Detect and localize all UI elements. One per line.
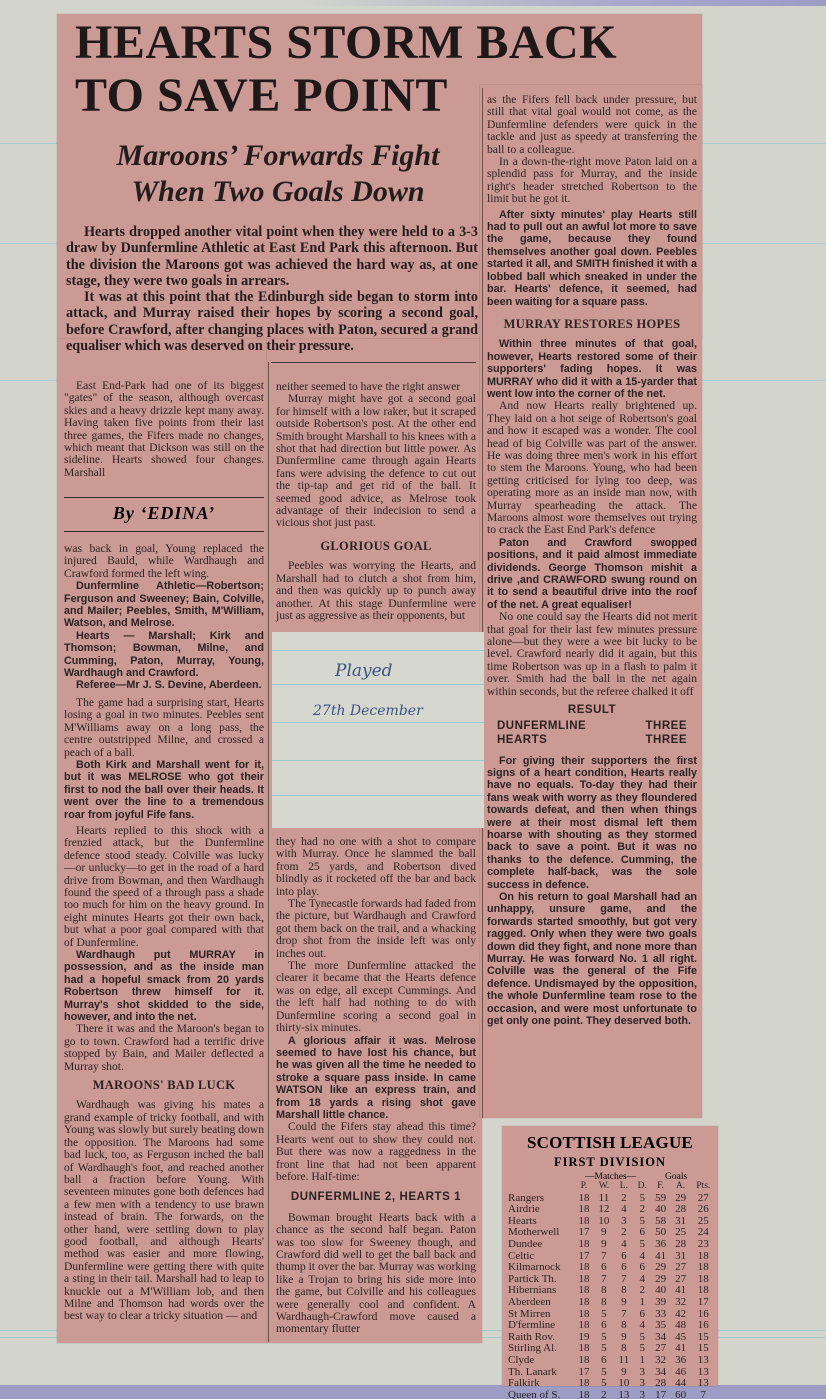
paragraph: Wardhaugh put MURRAY in possession, and … [64,949,264,1023]
ruled-line [272,650,484,651]
stat-cell: 48 [671,1320,691,1332]
stat-cell: 5 [594,1378,614,1390]
paragraph: Murray might have got a second goal for … [276,393,476,529]
paragraph: A glorious affair it was. Melrose seemed… [276,1035,476,1122]
paragraph: Paton and Crawford swopped positions, an… [487,537,697,611]
result-team: HEARTS [497,733,547,747]
column-1-top: East End-Park had one of its biggest "ga… [64,380,264,479]
intro-paragraph: It was at this point that the Edinburgh … [66,289,478,354]
ruled-line [272,795,484,796]
stat-cell: 6 [594,1320,614,1332]
league-column-header: W. [594,1181,614,1193]
stat-cell: 8 [614,1320,634,1332]
league-table-row: Aberdeen18891393217 [508,1297,716,1309]
stat-cell: 44 [671,1378,691,1390]
byline: By ‘EDINA’ [64,503,264,524]
result-score: THREE [646,719,687,733]
paragraph: Wardhaugh was giving his mates a grand e… [64,1099,264,1322]
subheadline: Maroons’ Forwards Fight When Two Goals D… [78,138,478,210]
paragraph: Peebles was worrying the Hearts, and Mar… [276,560,476,622]
league-table-row: Dundee18945362823 [508,1239,716,1251]
stat-cell: 18 [574,1320,594,1332]
stat-cell: 18 [574,1239,594,1251]
stat-cell: 1 [634,1355,651,1367]
league-table-row: D'fermline18684354816 [508,1320,716,1332]
handwritten-date: 27th December [313,703,423,719]
stat-cell: 18 [574,1390,594,1399]
team-name: Dundee [508,1239,574,1251]
stat-cell: 4 [614,1239,634,1251]
intro-paragraph: Hearts dropped another vital point when … [66,224,478,289]
stat-cell: 18 [574,1297,594,1309]
ruled-line [272,684,484,685]
headline-line-2: TO SAVE POINT [75,69,448,122]
headline-line-1: HEARTS STORM BACK [75,16,617,69]
league-table-row: Queen of S.18213317607 [508,1390,716,1399]
column-divider [482,88,483,1118]
stat-cell: 7 [691,1390,716,1399]
column-divider [268,362,269,1342]
stat-cell: 28 [671,1239,691,1251]
intro-paragraphs: Hearts dropped another vital point when … [66,224,478,354]
stat-cell: 1 [634,1297,651,1309]
paragraph: Hearts replied to this shock with a fren… [64,825,264,949]
stat-cell: 6 [634,1262,651,1274]
stat-cell: 3 [634,1378,651,1390]
team-name: Kilmarnock [508,1262,574,1274]
subheadline-line-2: When Two Goals Down [131,175,424,208]
paragraph: was back in goal, Young replaced the inj… [64,543,264,580]
stat-cell: 4 [634,1320,651,1332]
league-title: SCOTTISH LEAGUE [502,1133,718,1153]
stat-cell: 3 [634,1390,651,1399]
stat-cell: 9 [594,1239,614,1251]
halftime-score: DUNFERMLINE 2, HEARTS 1 [276,1191,476,1203]
league-table: P.W.L.D.F.A.Pts. Rangers181125592927Aird… [508,1181,716,1399]
team-lineup-dunfermline: Dunfermline Athletic—Robertson; Ferguson… [64,580,264,630]
result-score: THREE [646,733,687,747]
paragraph: Both Kirk and Marshall went for it, but … [64,759,264,821]
paragraph: In a down-the-right move Paton laid on a… [487,156,697,206]
stat-cell: 27 [671,1262,691,1274]
stat-cell: 5 [634,1239,651,1251]
team-name: Falkirk [508,1378,574,1390]
paragraph: There it was and the Maroon's began to g… [64,1023,264,1073]
column-1-body: was back in goal, Young replaced the inj… [64,543,264,1323]
stat-cell: 28 [651,1378,671,1390]
stat-cell: 6 [614,1262,634,1274]
stat-cell: 29 [651,1262,671,1274]
league-subtitle: FIRST DIVISION [502,1155,718,1170]
league-column-header: A. [671,1181,691,1193]
divider [64,531,264,532]
paragraph: On his return to goal Marshall had an un… [487,891,697,1027]
paragraph: The Tynecastle forwards had faded from t… [276,898,476,960]
subheadline-line-1: Maroons’ Forwards Fight [117,139,440,172]
byline-box: By ‘EDINA’ [64,495,264,541]
paragraph: Could the Fifers stay ahead this time? H… [276,1121,476,1183]
stat-cell: 23 [691,1239,716,1251]
paragraph: For giving their supporters the first si… [487,755,697,891]
stat-cell: 35 [651,1320,671,1332]
handwritten-played: Played [335,661,393,681]
team-name: Queen of S. [508,1390,574,1399]
league-table-row: Clyde186111323613 [508,1355,716,1367]
result-row: DUNFERMLINE THREE [487,719,697,733]
section-heading: MURRAY RESTORES HOPES [487,318,697,330]
team-lineup-hearts: Hearts — Marshall; Kirk and Thomson; Bow… [64,630,264,680]
stat-cell: 8 [594,1297,614,1309]
stat-cell: 18 [574,1262,594,1274]
paragraph: East End-Park had one of its biggest "ga… [64,380,264,479]
result-team: DUNFERMLINE [497,719,586,733]
stat-cell: 2 [594,1390,614,1399]
paragraph: they had no one with a shot to compare w… [276,836,476,898]
stat-cell: 13 [691,1355,716,1367]
stat-cell: 6 [594,1262,614,1274]
ruled-line [272,760,484,761]
divider [271,362,476,363]
stat-cell: 18 [574,1355,594,1367]
stat-cell: 10 [614,1378,634,1390]
paragraph: After sixty minutes' play Hearts still h… [487,209,697,308]
paragraph: The more Dunfermline attacked the cleare… [276,960,476,1034]
stat-cell: 11 [614,1355,634,1367]
stat-cell: 60 [671,1390,691,1399]
paragraph: And now Hearts really brightened up. The… [487,400,697,536]
stat-cell: 18 [691,1262,716,1274]
league-column-header: D. [634,1181,651,1193]
team-name: D'fermline [508,1320,574,1332]
stat-cell: 17 [651,1390,671,1399]
referee: Referee—Mr J. S. Devine, Aberdeen. [64,679,264,691]
stat-cell: 18 [574,1378,594,1390]
league-table-header: P.W.L.D.F.A.Pts. [508,1181,716,1193]
section-heading: GLORIOUS GOAL [276,540,476,552]
divider [64,497,264,498]
league-column-header [508,1181,574,1193]
stat-cell: 13 [691,1378,716,1390]
column-2-bottom: they had no one with a shot to compare w… [276,836,476,1336]
stat-cell: 13 [614,1390,634,1399]
stat-cell: 17 [691,1297,716,1309]
league-table-body: Rangers181125592927Airdrie181242402826He… [508,1193,716,1399]
paragraph: Bowman brought Hearts back with a chance… [276,1212,476,1336]
section-heading: MAROONS' BAD LUCK [64,1079,264,1091]
team-name: Aberdeen [508,1297,574,1309]
paragraph: No one could say the Hearts did not meri… [487,611,697,698]
column-2-top: neither seemed to have the right answer … [276,381,476,622]
result-title: RESULT [487,704,697,716]
stat-cell: 32 [651,1355,671,1367]
column-3: as the Fifers fell back under pressure, … [487,94,697,1027]
league-column-header: P. [574,1181,594,1193]
page-edge-top [300,0,826,6]
stat-cell: 9 [614,1297,634,1309]
stat-cell: 36 [651,1239,671,1251]
ruled-line [272,722,484,723]
league-column-header: L. [614,1181,634,1193]
league-table-row: Kilmarnock18666292718 [508,1262,716,1274]
stat-cell: 16 [691,1320,716,1332]
league-column-header: F. [651,1181,671,1193]
stat-cell: 6 [594,1355,614,1367]
paragraph: The game had a surprising start, Hearts … [64,697,264,759]
stat-cell: 39 [651,1297,671,1309]
paragraph: Within three minutes of that goal, howev… [487,338,697,400]
stat-cell: 32 [671,1297,691,1309]
league-column-header: Pts. [691,1181,716,1193]
team-name: Clyde [508,1355,574,1367]
paragraph: as the Fifers fell back under pressure, … [487,94,697,156]
result-box: RESULT DUNFERMLINE THREE HEARTS THREE [487,704,697,746]
stat-cell: 36 [671,1355,691,1367]
league-table-row: Falkirk185103284413 [508,1378,716,1390]
result-row: HEARTS THREE [487,733,697,747]
